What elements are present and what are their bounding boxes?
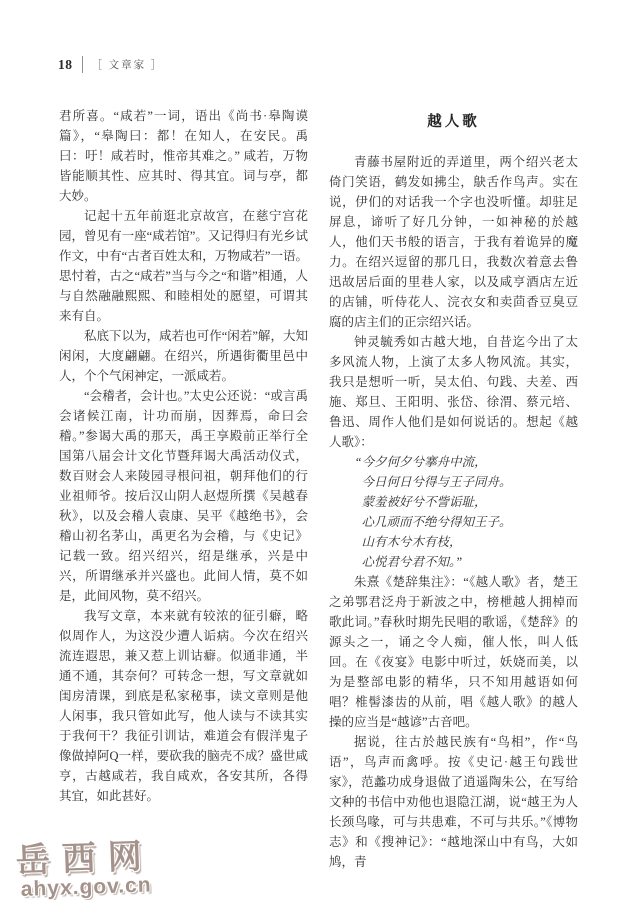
section-label: ［ 文章家 ］ (92, 57, 164, 72)
poem-line: 山有木兮木有枝， (329, 532, 578, 552)
paragraph: “会稽者，会计也。”太史公还说：“或言禹会诸候江南，计功而崩，因葬焉，命曰会稽。… (59, 386, 308, 606)
paragraph: 青藤书屋附近的弄道里，两个绍兴老太倚门笑语，鹤发如拂尘，鴃舌作鸟声。实在说，伊们… (329, 152, 578, 332)
article-title: 越人歌 (329, 110, 578, 131)
paragraph: 据说，往古於越民族有“鸟相”，作“鸟语”，鸟声而禽呼。按《史记·越王句践世家》，… (329, 732, 578, 872)
paragraph: 钟灵毓秀如古越大地，自昔迄今出了太多风流人物，上演了太多人物风流。其实，我只是想… (329, 332, 578, 452)
poem-line: “今夕何夕兮搴舟中流， (329, 452, 578, 472)
watermark-site-url: ahyx.gov.cn (20, 872, 197, 900)
paragraph: 我写文章，本来就有较浓的征引癖，略似周作人，为这没少遭人诟病。今次在绍兴流连遐思… (59, 606, 308, 806)
left-column: 君所喜。“咸若”一词，语出《尚书·皋陶谟篇》，“皋陶曰：都！在知人，在安民。禹曰… (59, 106, 308, 872)
paragraph: 君所喜。“咸若”一词，语出《尚书·皋陶谟篇》，“皋陶曰：都！在知人，在安民。禹曰… (59, 106, 308, 206)
poem-quote: “今夕何夕兮搴舟中流， 今日何日兮得与王子同舟。 蒙羞被好兮不訾诟耻， 心几顽而… (329, 452, 578, 572)
poem-line: 蒙羞被好兮不訾诟耻， (329, 492, 578, 512)
paragraph: 记起十五年前逛北京故宫，在慈宁宫花园，曾见有一座“咸若馆”。又记得归有光乡试作文… (59, 206, 308, 326)
text-columns: 君所喜。“咸若”一词，语出《尚书·皋陶谟篇》，“皋陶曰：都！在知人，在安民。禹曰… (59, 106, 578, 872)
page-number: 18 (58, 57, 73, 73)
header-divider (82, 56, 83, 73)
paragraph: 朱熹《楚辞集注》：“《越人歌》者，楚王之弟鄂君泛舟于新波之中，榜枻越人拥棹而歌此… (329, 572, 578, 732)
right-column: 越人歌 青藤书屋附近的弄道里，两个绍兴老太倚门笑语，鹤发如拂尘，鴃舌作鸟声。实在… (329, 106, 578, 872)
paragraph: 私底下以为，咸若也可作“闲若”解，大知闲闲，大度翩翩。在绍兴，所遇街衢里邑中人，… (59, 326, 308, 386)
poem-line: 心几顽而不绝兮得知王子。 (329, 512, 578, 532)
poem-line: 心悦君兮君不知。” (329, 552, 578, 572)
running-head: 18 ［ 文章家 ］ (58, 56, 163, 73)
poem-line: 今日何日兮得与王子同舟。 (329, 472, 578, 492)
scanned-book-page: 18 ［ 文章家 ］ 君所喜。“咸若”一词，语出《尚书·皋陶谟篇》，“皋陶曰：都… (0, 0, 636, 900)
